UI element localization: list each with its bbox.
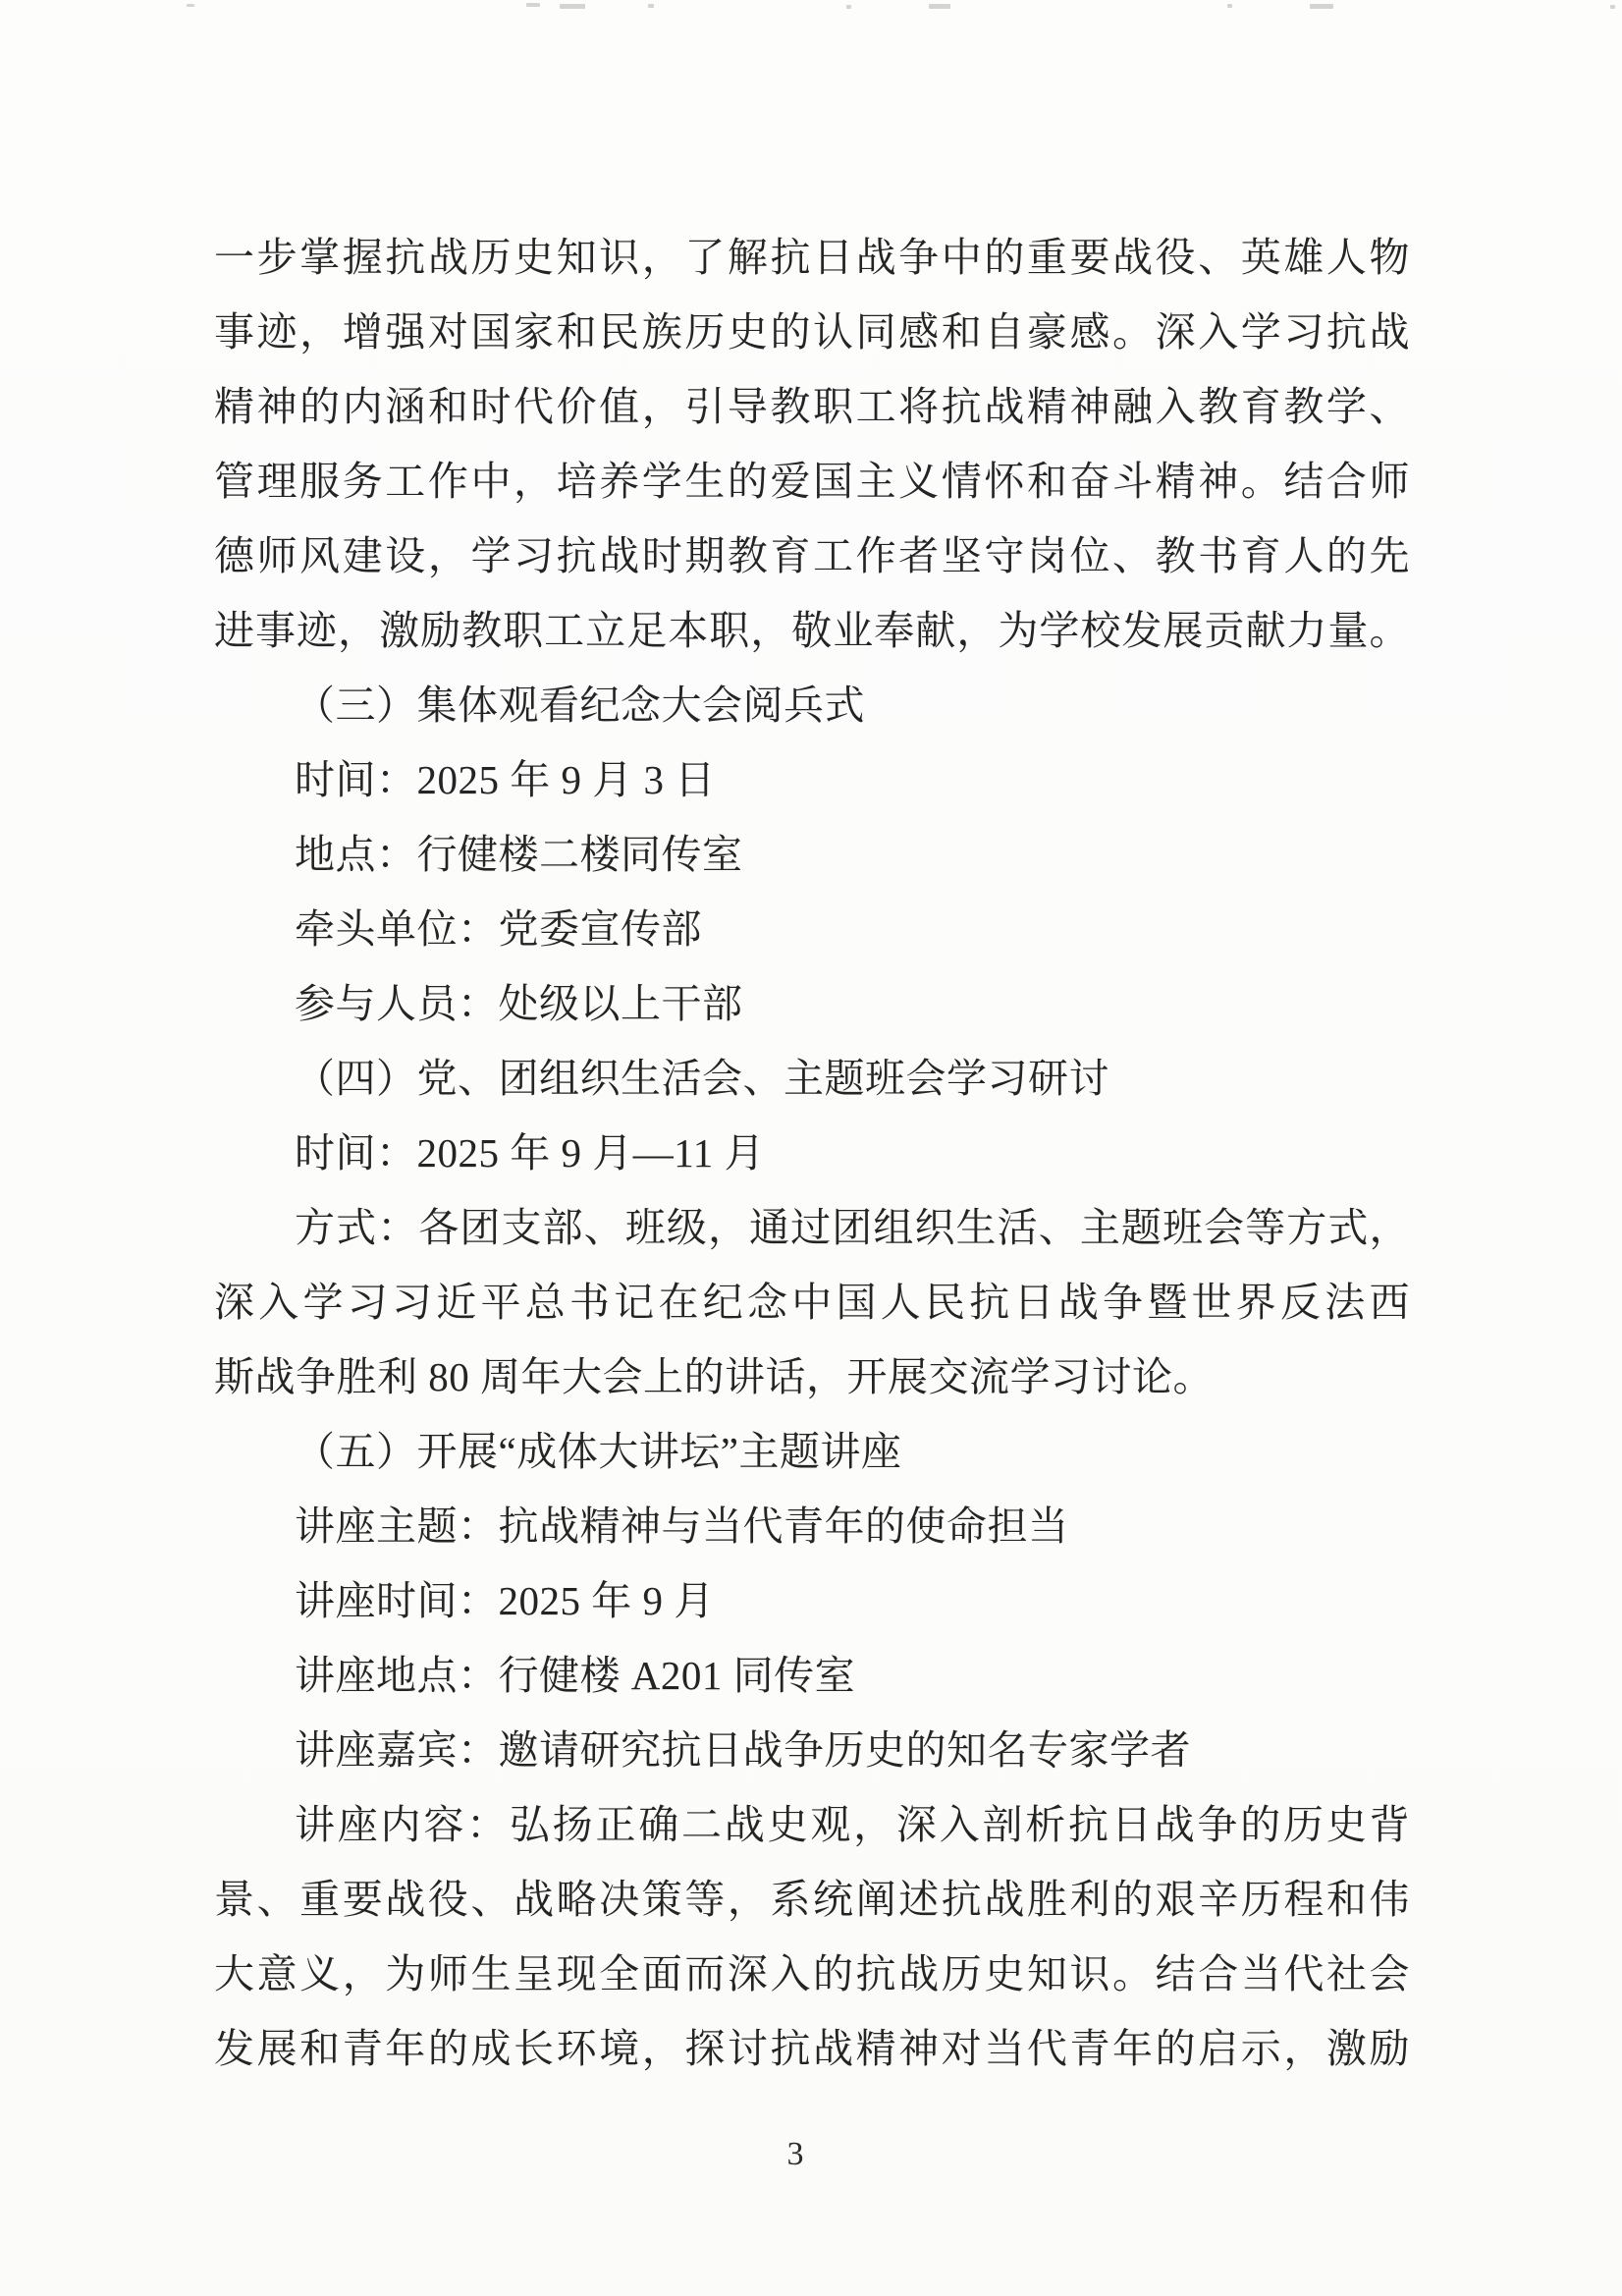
para-method-line: 斯战争胜利 80 周年大会上的讲话，开展交流学习讨论。 [214, 1339, 1410, 1414]
scan-speck [929, 4, 950, 9]
page-number: 3 [756, 2133, 835, 2176]
scan-speck [1227, 4, 1232, 8]
para-lecture-content-line: 讲座内容：弘扬正确二战史观，深入剖析抗日战争的历史背 [214, 1787, 1410, 1862]
para-lecture-content-line: 景、重要战役、战略决策等，系统阐述抗战胜利的艰辛历程和伟 [214, 1862, 1410, 1937]
field-lecture-topic: 讲座主题：抗战精神与当代青年的使命担当 [214, 1489, 1410, 1563]
scan-speck [648, 4, 654, 8]
section-heading-three: （三）集体观看纪念大会阅兵式 [214, 668, 1410, 742]
para-lecture-content-line: 发展和青年的成长环境，探讨抗战精神对当代青年的启示，激励 [214, 2011, 1410, 2086]
para-method-line: 深入学习习近平总书记在纪念中国人民抗日战争暨世界反法西 [214, 1265, 1410, 1339]
scan-speck [1310, 4, 1333, 9]
scan-speck [1610, 5, 1615, 9]
field-participants: 参与人员：处级以上干部 [214, 966, 1410, 1041]
field-lecture-time: 讲座时间：2025 年 9 月 [214, 1563, 1410, 1638]
para-continuation-line: 事迹，增强对国家和民族历史的认同感和自豪感。深入学习抗战 [214, 295, 1410, 369]
document-body: 一步掌握抗战历史知识，了解抗日战争中的重要战役、英雄人物 事迹，增强对国家和民族… [214, 220, 1410, 2086]
para-method-line: 方式：各团支部、班级，通过团组织生活、主题班会等方式， [214, 1190, 1410, 1265]
scan-speck [846, 5, 851, 9]
section-heading-four: （四）党、团组织生活会、主题班会学习研讨 [214, 1041, 1410, 1116]
para-continuation-line: 一步掌握抗战历史知识，了解抗日战争中的重要战役、英雄人物 [214, 220, 1410, 295]
section-heading-five: （五）开展“成体大讲坛”主题讲座 [214, 1414, 1410, 1489]
scan-speck [187, 4, 194, 7]
scan-speck [560, 4, 585, 9]
para-continuation-line: 精神的内涵和时代价值，引导教职工将抗战精神融入教育教学、 [214, 369, 1410, 444]
field-time: 时间：2025 年 9 月—11 月 [214, 1116, 1410, 1190]
field-lecture-guest: 讲座嘉宾：邀请研究抗日战争历史的知名专家学者 [214, 1713, 1410, 1787]
para-lecture-content-line: 大意义，为师生呈现全面而深入的抗战历史知识。结合当代社会 [214, 1937, 1410, 2011]
field-location: 地点：行健楼二楼同传室 [214, 817, 1410, 892]
para-continuation-line: 德师风建设，学习抗战时期教育工作者坚守岗位、教书育人的先 [214, 519, 1410, 593]
field-lecture-location: 讲座地点：行健楼 A201 同传室 [214, 1638, 1410, 1713]
para-continuation-line: 进事迹，激励教职工立足本职，敬业奉献，为学校发展贡献力量。 [214, 593, 1410, 668]
document-page: 一步掌握抗战历史知识，了解抗日战争中的重要战役、英雄人物 事迹，增强对国家和民族… [0, 0, 1622, 2296]
field-lead-unit: 牵头单位：党委宣传部 [214, 892, 1410, 966]
para-continuation-line: 管理服务工作中，培养学生的爱国主义情怀和奋斗精神。结合师 [214, 444, 1410, 519]
field-time: 时间：2025 年 9 月 3 日 [214, 742, 1410, 817]
scan-speck [526, 3, 540, 7]
